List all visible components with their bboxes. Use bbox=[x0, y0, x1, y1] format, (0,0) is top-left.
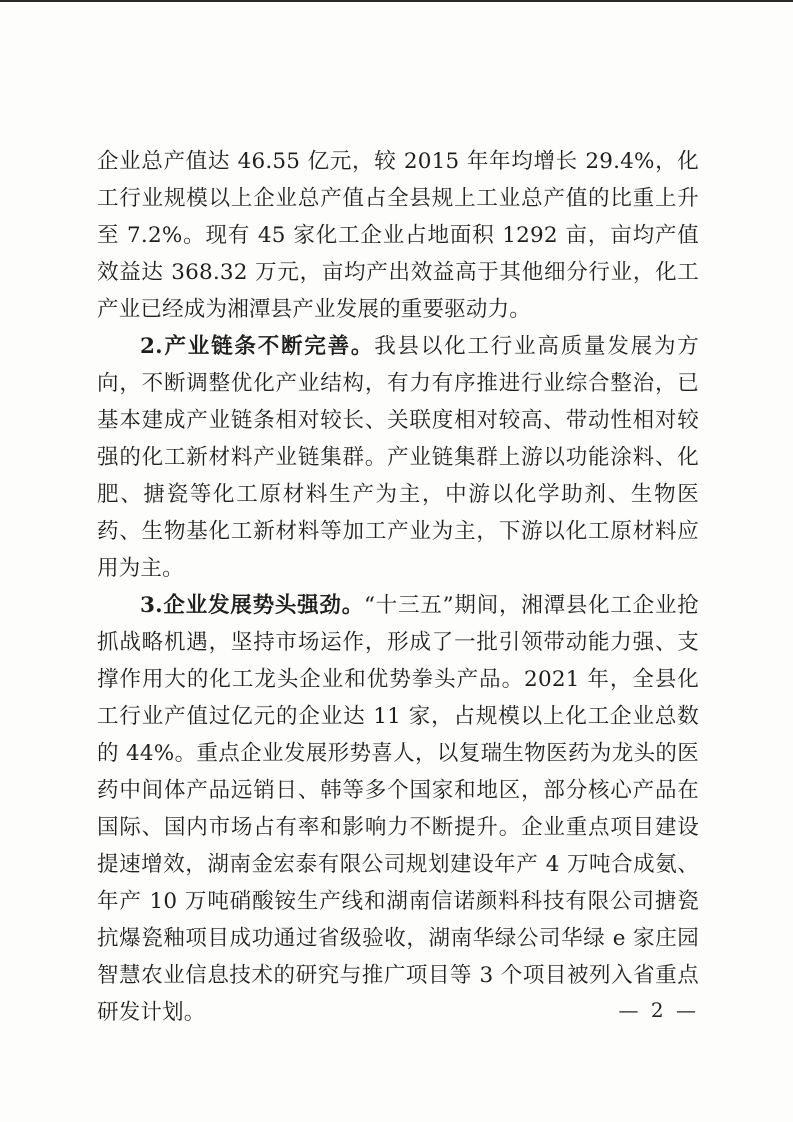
scan-edge-artifact bbox=[0, 0, 793, 2]
paragraph-text: 我县以化工行业高质量发展为方向，不断调整优化产业结构，有力有序推进行业综合整治，… bbox=[97, 334, 699, 581]
paragraph-industry-chain: 2.产业链条不断完善。我县以化工行业高质量发展为方向，不断调整优化产业结构，有力… bbox=[97, 328, 699, 587]
paragraph-overview-continuation: 企业总产值达 46.55 亿元，较 2015 年年均增长 29.4%，化工行业规… bbox=[97, 143, 699, 328]
document-body: 企业总产值达 46.55 亿元，较 2015 年年均增长 29.4%，化工行业规… bbox=[97, 143, 699, 1031]
paragraph-lead: 2.产业链条不断完善。 bbox=[140, 334, 374, 359]
paragraph-enterprise-momentum: 3.企业发展势头强劲。“十三五”期间，湘潭县化工企业抢抓战略机遇，坚持市场运作，… bbox=[97, 587, 699, 1031]
paragraph-text: 企业总产值达 46.55 亿元，较 2015 年年均增长 29.4%，化工行业规… bbox=[97, 149, 699, 322]
document-page: 企业总产值达 46.55 亿元，较 2015 年年均增长 29.4%，化工行业规… bbox=[0, 0, 793, 1122]
paragraph-text: “十三五”期间，湘潭县化工企业抢抓战略机遇，坚持市场运作，形成了一批引领带动能力… bbox=[97, 593, 699, 1025]
paragraph-lead: 3.企业发展势头强劲。 bbox=[140, 593, 364, 618]
page-number: — 2 — bbox=[97, 996, 699, 1024]
